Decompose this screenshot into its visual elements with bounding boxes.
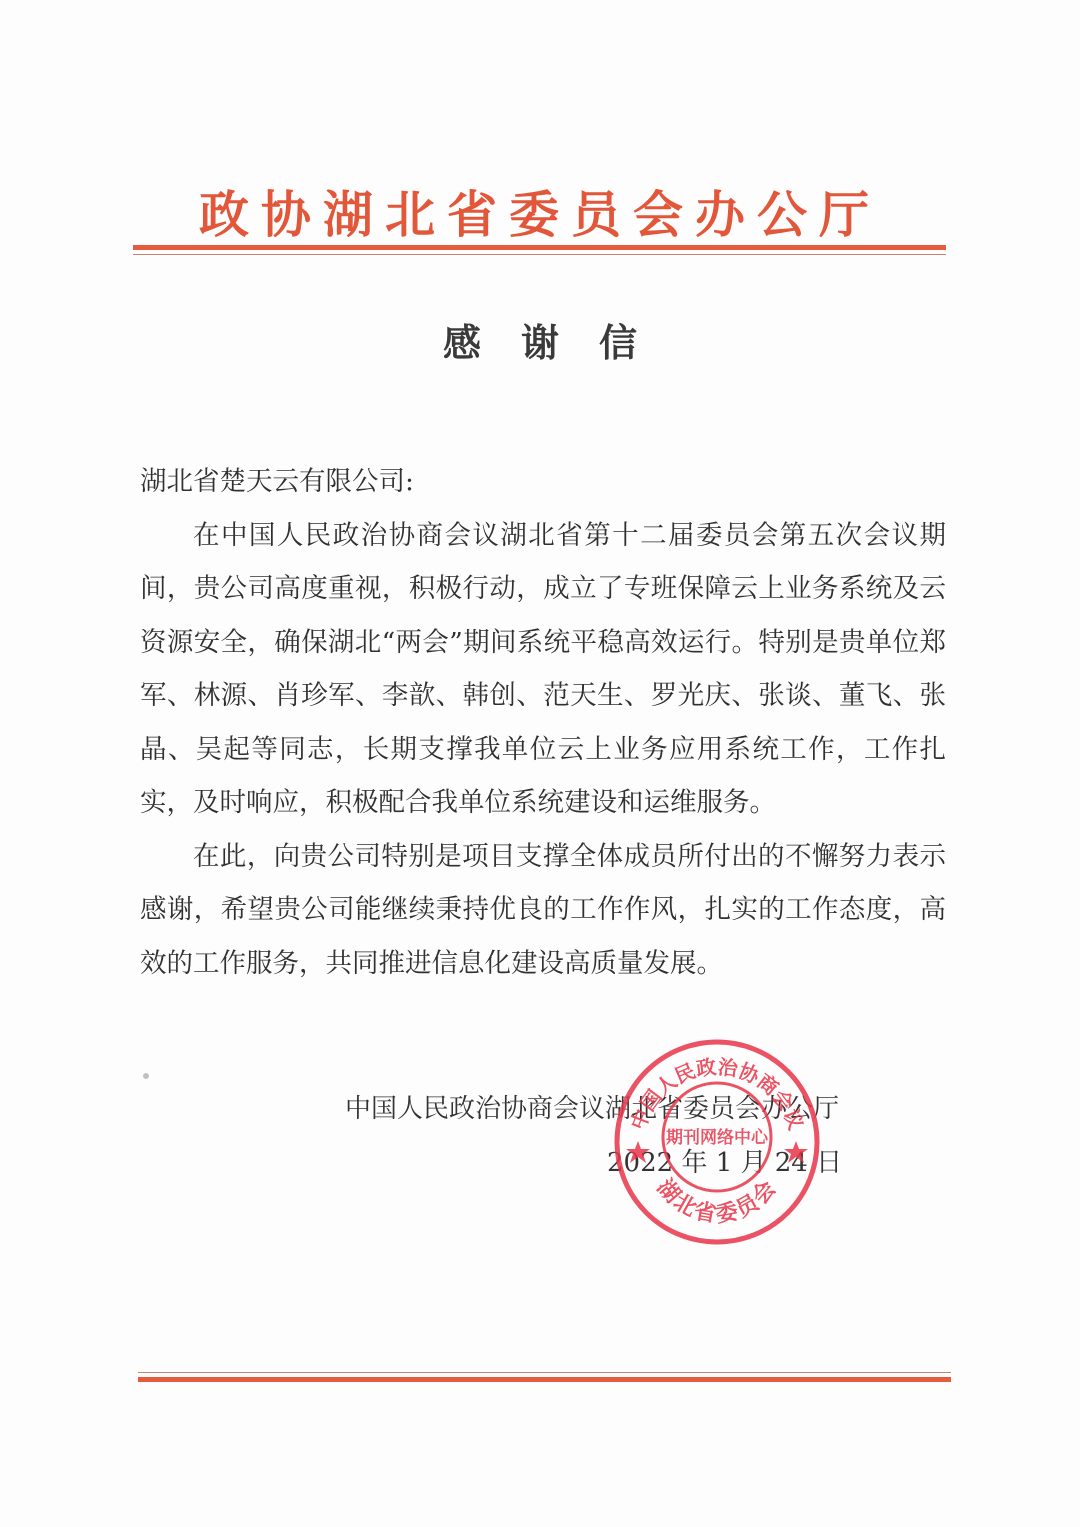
footer-rule-thick bbox=[138, 1377, 951, 1382]
letter-page: 政协湖北省委员会办公厅 感谢信 湖北省楚天云有限公司: 在中国人民政治协商会议湖… bbox=[0, 0, 1080, 1527]
signature-organization: 中国人民政治协商会议湖北省委员会办公厅 bbox=[345, 1082, 905, 1136]
body-paragraph-2: 在此，向贵公司特别是项目支撑全体成员所付出的不懈努力表示感谢，希望贵公司能继续秉… bbox=[140, 830, 946, 991]
salutation: 湖北省楚天云有限公司: bbox=[140, 455, 946, 509]
letterhead-rule-thin bbox=[133, 254, 946, 255]
letter-body: 湖北省楚天云有限公司: 在中国人民政治协商会议湖北省第十二届委员会第五次会议期间… bbox=[140, 455, 946, 990]
letterhead-rule-thick bbox=[133, 245, 946, 250]
scan-speck bbox=[143, 1073, 149, 1079]
footer-rule-thin bbox=[138, 1372, 951, 1373]
letterhead-organization: 政协湖北省委员会办公厅 bbox=[135, 183, 945, 247]
signature-date: 2022 年 1 月 24 日 bbox=[607, 1136, 842, 1190]
document-title: 感谢信 bbox=[0, 318, 1080, 368]
body-paragraph-1: 在中国人民政治协商会议湖北省第十二届委员会第五次会议期间，贵公司高度重视，积极行… bbox=[140, 509, 946, 830]
signature-block: 中国人民政治协商会议湖北省委员会办公厅 2022 年 1 月 24 日 bbox=[345, 1082, 905, 1136]
